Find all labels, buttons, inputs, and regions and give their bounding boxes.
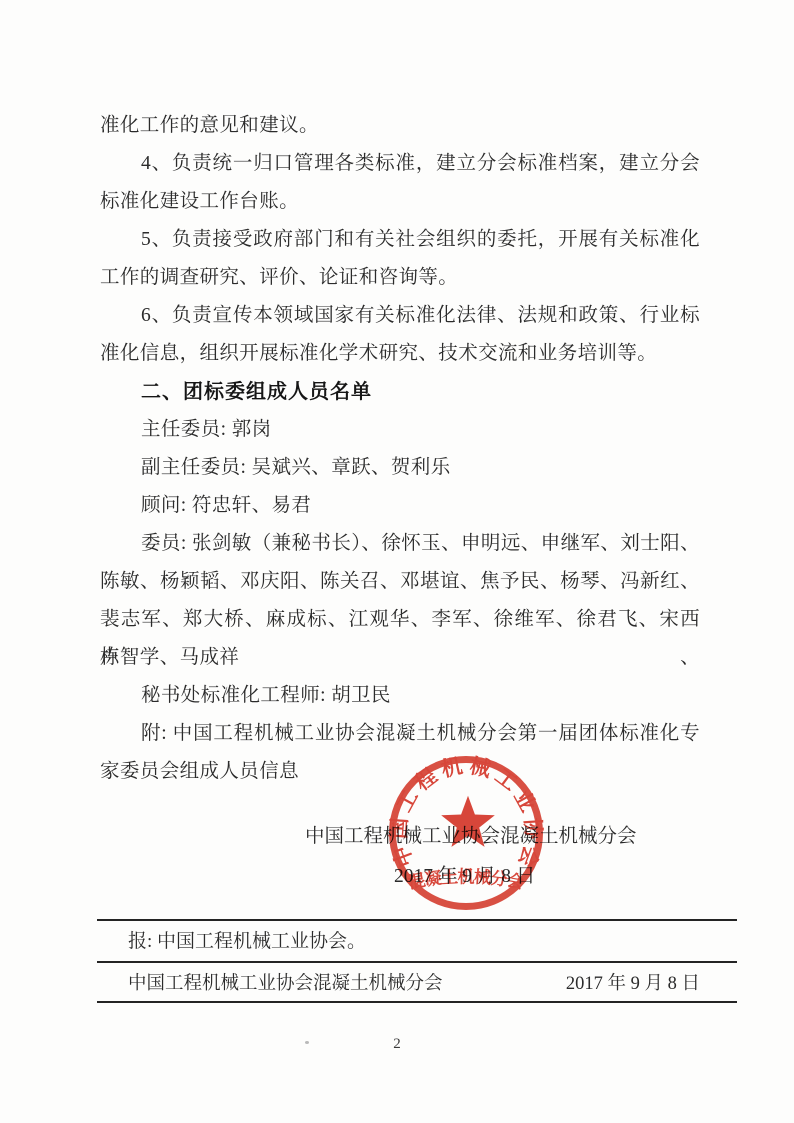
body-line: 副主任委员: 吴斌兴、章跃、贺利乐 bbox=[100, 449, 700, 487]
page-number: 2 bbox=[0, 1036, 794, 1053]
body-line: 委员: 张剑敏（兼秘书长）、徐怀玉、申明远、申继军、刘士阳、 bbox=[100, 525, 700, 563]
scan-speck bbox=[572, 156, 577, 158]
footer-issuer: 中国工程机械工业协会混凝土机械分会 bbox=[128, 971, 443, 997]
scan-speck bbox=[305, 1041, 309, 1044]
body-line: 顾问: 符忠轩、易君 bbox=[100, 487, 700, 525]
footer-rule-top bbox=[97, 919, 737, 921]
body-text: 准化工作的意见和建议。4、负责统一归口管理各类标准，建立分会标准档案，建立分会标… bbox=[100, 107, 700, 791]
body-line: 陈敏、杨颖韬、邓庆阳、陈关召、邓堪谊、焦予民、杨琴、冯新红、 bbox=[100, 563, 700, 601]
seal-star-icon bbox=[441, 796, 495, 847]
document-page: 准化工作的意见和建议。4、负责统一归口管理各类标准，建立分会标准档案，建立分会标… bbox=[0, 0, 794, 1123]
section-heading: 二、团标委组成人员名单 bbox=[100, 373, 700, 411]
official-seal-icon: 中国工程机械工业协会 混凝土机械分会 bbox=[382, 747, 550, 919]
footer-issuer-row: 中国工程机械工业协会混凝土机械分会 2017 年 9 月 8 日 bbox=[128, 971, 700, 997]
body-line: 准化工作的意见和建议。 bbox=[100, 107, 700, 145]
body-line: 工作的调查研究、评价、论证和咨询等。 bbox=[100, 259, 700, 297]
seal-bottom-text: 混凝土机械分会 bbox=[407, 867, 526, 893]
body-line: 标准化建设工作台账。 bbox=[100, 183, 700, 221]
body-line: 6、负责宣传本领域国家有关标准化法律、法规和政策、行业标 bbox=[100, 297, 700, 335]
footer-rule-middle bbox=[97, 961, 737, 963]
footer-date: 2017 年 9 月 8 日 bbox=[566, 971, 700, 997]
body-line: 秘书处标准化工程师: 胡卫民 bbox=[100, 677, 700, 715]
footer-report-line: 报: 中国工程机械工业协会。 bbox=[128, 929, 366, 955]
body-line: 准化信息，组织开展标准化学术研究、技术交流和业务培训等。 bbox=[100, 335, 700, 373]
body-line: 主任委员: 郭岗 bbox=[100, 411, 700, 449]
body-line: 4、负责统一归口管理各类标准，建立分会标准档案，建立分会 bbox=[100, 145, 700, 183]
body-line: 裴志军、郑大桥、麻成标、江观华、李军、徐维军、徐君飞、宋西栋、 bbox=[100, 601, 700, 639]
footer-rule-bottom bbox=[97, 1001, 737, 1003]
body-line: 5、负责接受政府部门和有关社会组织的委托，开展有关标准化 bbox=[100, 221, 700, 259]
